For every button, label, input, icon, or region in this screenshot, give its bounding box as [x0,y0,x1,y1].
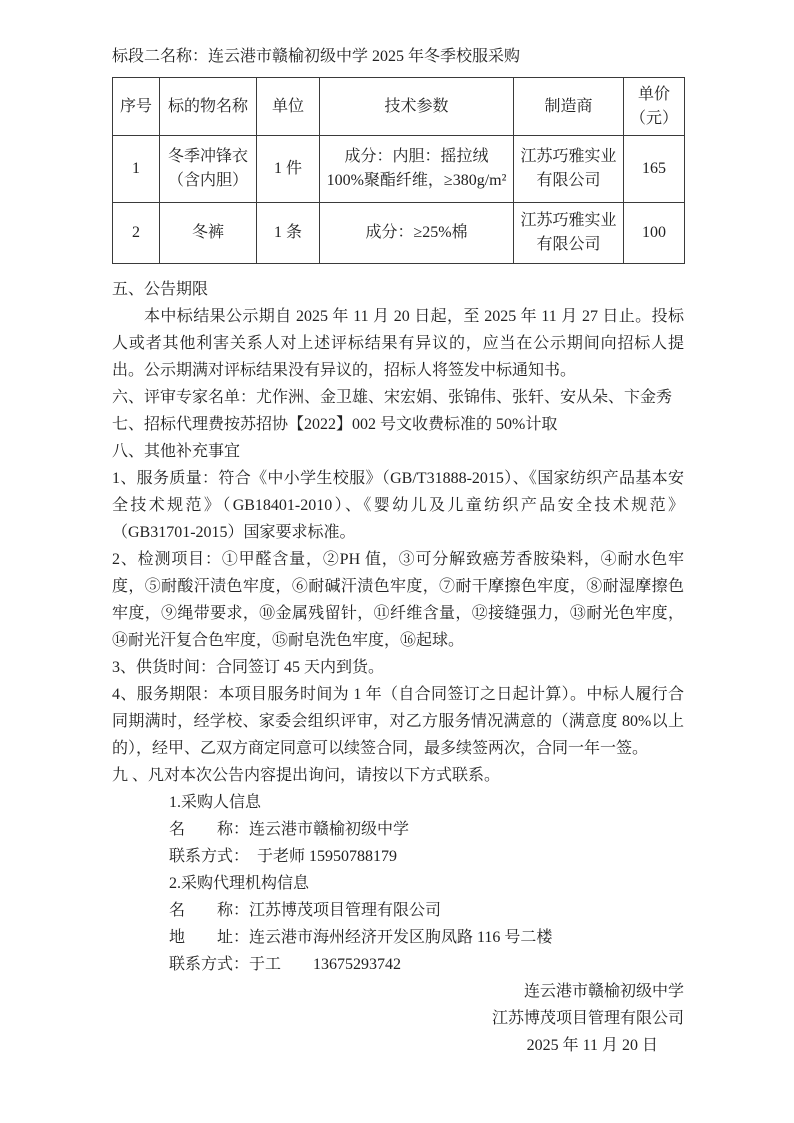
signature-agency: 江苏博茂项目管理有限公司 [112,1005,684,1032]
cell-item-name: 冬季冲锋衣（含内胆） [160,136,257,203]
header-seq: 序号 [113,78,160,136]
cell-item-name: 冬裤 [160,203,257,264]
agency-contact-line: 联系方式：于工 13675293742 [112,951,684,978]
document-body: 五、公告期限 本中标结果公示期自 2025 年 11 月 20 日起，至 202… [112,276,684,1059]
cell-unit-price: 100 [624,203,685,264]
purchaser-name-line: 名 称：连云港市赣榆初级中学 [112,816,684,843]
cell-manufacturer: 江苏巧雅实业有限公司 [514,136,624,203]
signature-purchaser: 连云港市赣榆初级中学 [112,978,684,1005]
table-row: 1 冬季冲锋衣（含内胆） 1 件 成分：内胆：摇拉绒 100%聚酯纤维，≥380… [113,136,685,203]
contact-intro-line: 九 、凡对本次公告内容提出询问，请按以下方式联系。 [112,762,684,789]
agency-name-line: 名 称：江苏博茂项目管理有限公司 [112,897,684,924]
header-unit: 单位 [257,78,320,136]
agency-fee-line: 七、招标代理费按苏招协【2022】002 号文收费标准的 50%计取 [112,411,684,438]
cell-seq: 2 [113,203,160,264]
supplement-item-service-quality: 1、服务质量：符合《中小学生校服》（GB/T31888-2015）、《国家纺织产… [112,465,684,546]
table-row: 2 冬裤 1 条 成分：≥25%棉 江苏巧雅实业有限公司 100 [113,203,685,264]
expert-list-line: 六、评审专家名单：尤作洲、金卫雄、宋宏娟、张锦伟、张轩、安从朵、卞金秀 [112,384,684,411]
purchaser-info-heading: 1.采购人信息 [112,789,684,816]
table-header-row: 序号 标的物名称 单位 技术参数 制造商 单价（元） [113,78,685,136]
document-page: 标段二名称：连云港市赣榆初级中学 2025 年冬季校服采购 序号 标的物名称 单… [0,0,794,1123]
supplement-heading: 八、其他补充事宜 [112,438,684,465]
cell-seq: 1 [113,136,160,203]
supplement-item-service-term: 4、服务期限：本项目服务时间为 1 年（自合同签订之日起计算）。中标人履行合同期… [112,681,684,762]
cell-manufacturer: 江苏巧雅实业有限公司 [514,203,624,264]
header-unit-price: 单价（元） [624,78,685,136]
header-manufacturer: 制造商 [514,78,624,136]
cell-unit: 1 条 [257,203,320,264]
cell-tech-spec: 成分：≥25%棉 [320,203,514,264]
cell-unit: 1 件 [257,136,320,203]
agency-address-line: 地 址：连云港市海州经济开发区朐凤路 116 号二楼 [112,924,684,951]
bid-items-table: 序号 标的物名称 单位 技术参数 制造商 单价（元） 1 冬季冲锋衣（含内胆） … [112,77,685,264]
announcement-period-body: 本中标结果公示期自 2025 年 11 月 20 日起，至 2025 年 11 … [112,303,684,384]
agency-info-heading: 2.采购代理机构信息 [112,870,684,897]
announcement-period-heading: 五、公告期限 [112,276,684,303]
cell-unit-price: 165 [624,136,685,203]
header-tech-spec: 技术参数 [320,78,514,136]
section-title: 标段二名称：连云港市赣榆初级中学 2025 年冬季校服采购 [112,46,684,68]
signature-date: 2025 年 11 月 20 日 [112,1032,684,1059]
purchaser-contact-line: 联系方式： 于老师 15950788179 [112,843,684,870]
header-item-name: 标的物名称 [160,78,257,136]
supplement-item-test-items: 2、检测项目：①甲醛含量，②PH 值，③可分解致癌芳香胺染料，④耐水色牢度，⑤耐… [112,546,684,654]
supplement-item-delivery-time: 3、供货时间：合同签订 45 天内到货。 [112,654,684,681]
cell-tech-spec: 成分：内胆：摇拉绒 100%聚酯纤维，≥380g/m² [320,136,514,203]
